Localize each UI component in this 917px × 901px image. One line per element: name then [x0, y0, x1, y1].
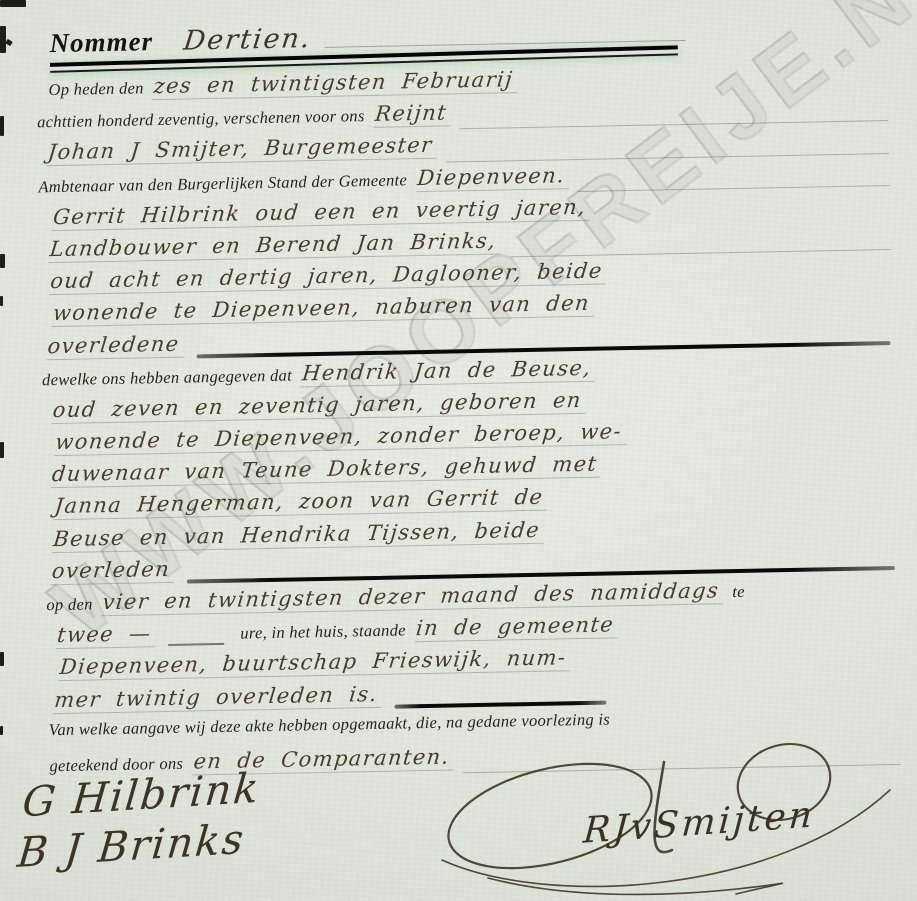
blank-space	[609, 690, 900, 696]
heavy-ink-rule	[395, 700, 607, 708]
handwritten-entry: Janna Hengerman, zoon van Gerrit de	[53, 487, 549, 521]
printed-template-text: ure, in het huis, staande	[240, 623, 406, 643]
scan-edge-artifact	[0, 0, 26, 7]
printed-template-text: te	[732, 584, 745, 601]
scan-edge-artifact	[0, 726, 3, 735]
handwritten-entry: in de gemeente	[415, 614, 621, 642]
document-lines: Op heden denzes en twintigsten Februarij…	[36, 62, 900, 786]
scan-edge-artifact	[0, 116, 4, 136]
scanned-death-certificate: { "header": { "number_label": "Nommer", …	[0, 0, 917, 901]
handwritten-entry: Hendrik Jan de Beuse,	[301, 357, 598, 387]
handwritten-entry: Diepenveen, buurtschap Frieswijk, num-	[58, 648, 572, 682]
scan-edge-artifact	[0, 442, 4, 458]
handwritten-entry: overleden	[51, 559, 177, 585]
scan-edge-artifact	[0, 296, 3, 306]
number-value-handwritten: Dertien.	[181, 25, 326, 55]
witness-signatures: G Hilbrink B J Brinks	[21, 763, 265, 877]
official-signature-text: RJvSmijten	[581, 793, 817, 852]
handwritten-entry: Landbouwer en Berend Jan Brinks,	[48, 230, 502, 263]
scan-edge-artifact	[0, 652, 4, 666]
certificate-content: Nommer Dertien. Op heden denzes en twint…	[0, 0, 911, 787]
scan-edge-artifact	[0, 254, 5, 268]
printed-template-text: achttien honderd zeventig, verschenen vo…	[37, 108, 365, 131]
blank-spacer	[169, 643, 225, 646]
number-label: Nommer	[49, 28, 153, 57]
handwritten-entry: Reijnt	[373, 103, 452, 129]
handwritten-entry: overledene	[46, 333, 185, 360]
printed-template-text: Op heden den	[48, 80, 144, 98]
handwritten-entry: mer twintig overleden is.	[53, 683, 384, 713]
handwritten-entry: Johan J Smijter, Burgemeester	[47, 135, 439, 167]
official-signature: RJvSmijten	[428, 732, 910, 901]
signature-flourish: RJvSmijten	[428, 732, 910, 900]
handwritten-entry: twee —	[56, 623, 158, 649]
handwritten-entry: Diepenveen.	[416, 165, 571, 192]
handwritten-entry: zes en twintigsten Februarij	[153, 69, 520, 100]
printed-template-text: Ambtenaar van den Burgerlijken Stand der…	[38, 172, 407, 196]
printed-template-text: op den	[46, 596, 93, 613]
printed-template-text: dewelke ons hebben aangegeven dat	[42, 367, 292, 388]
scan-edge-artifact	[0, 26, 6, 53]
